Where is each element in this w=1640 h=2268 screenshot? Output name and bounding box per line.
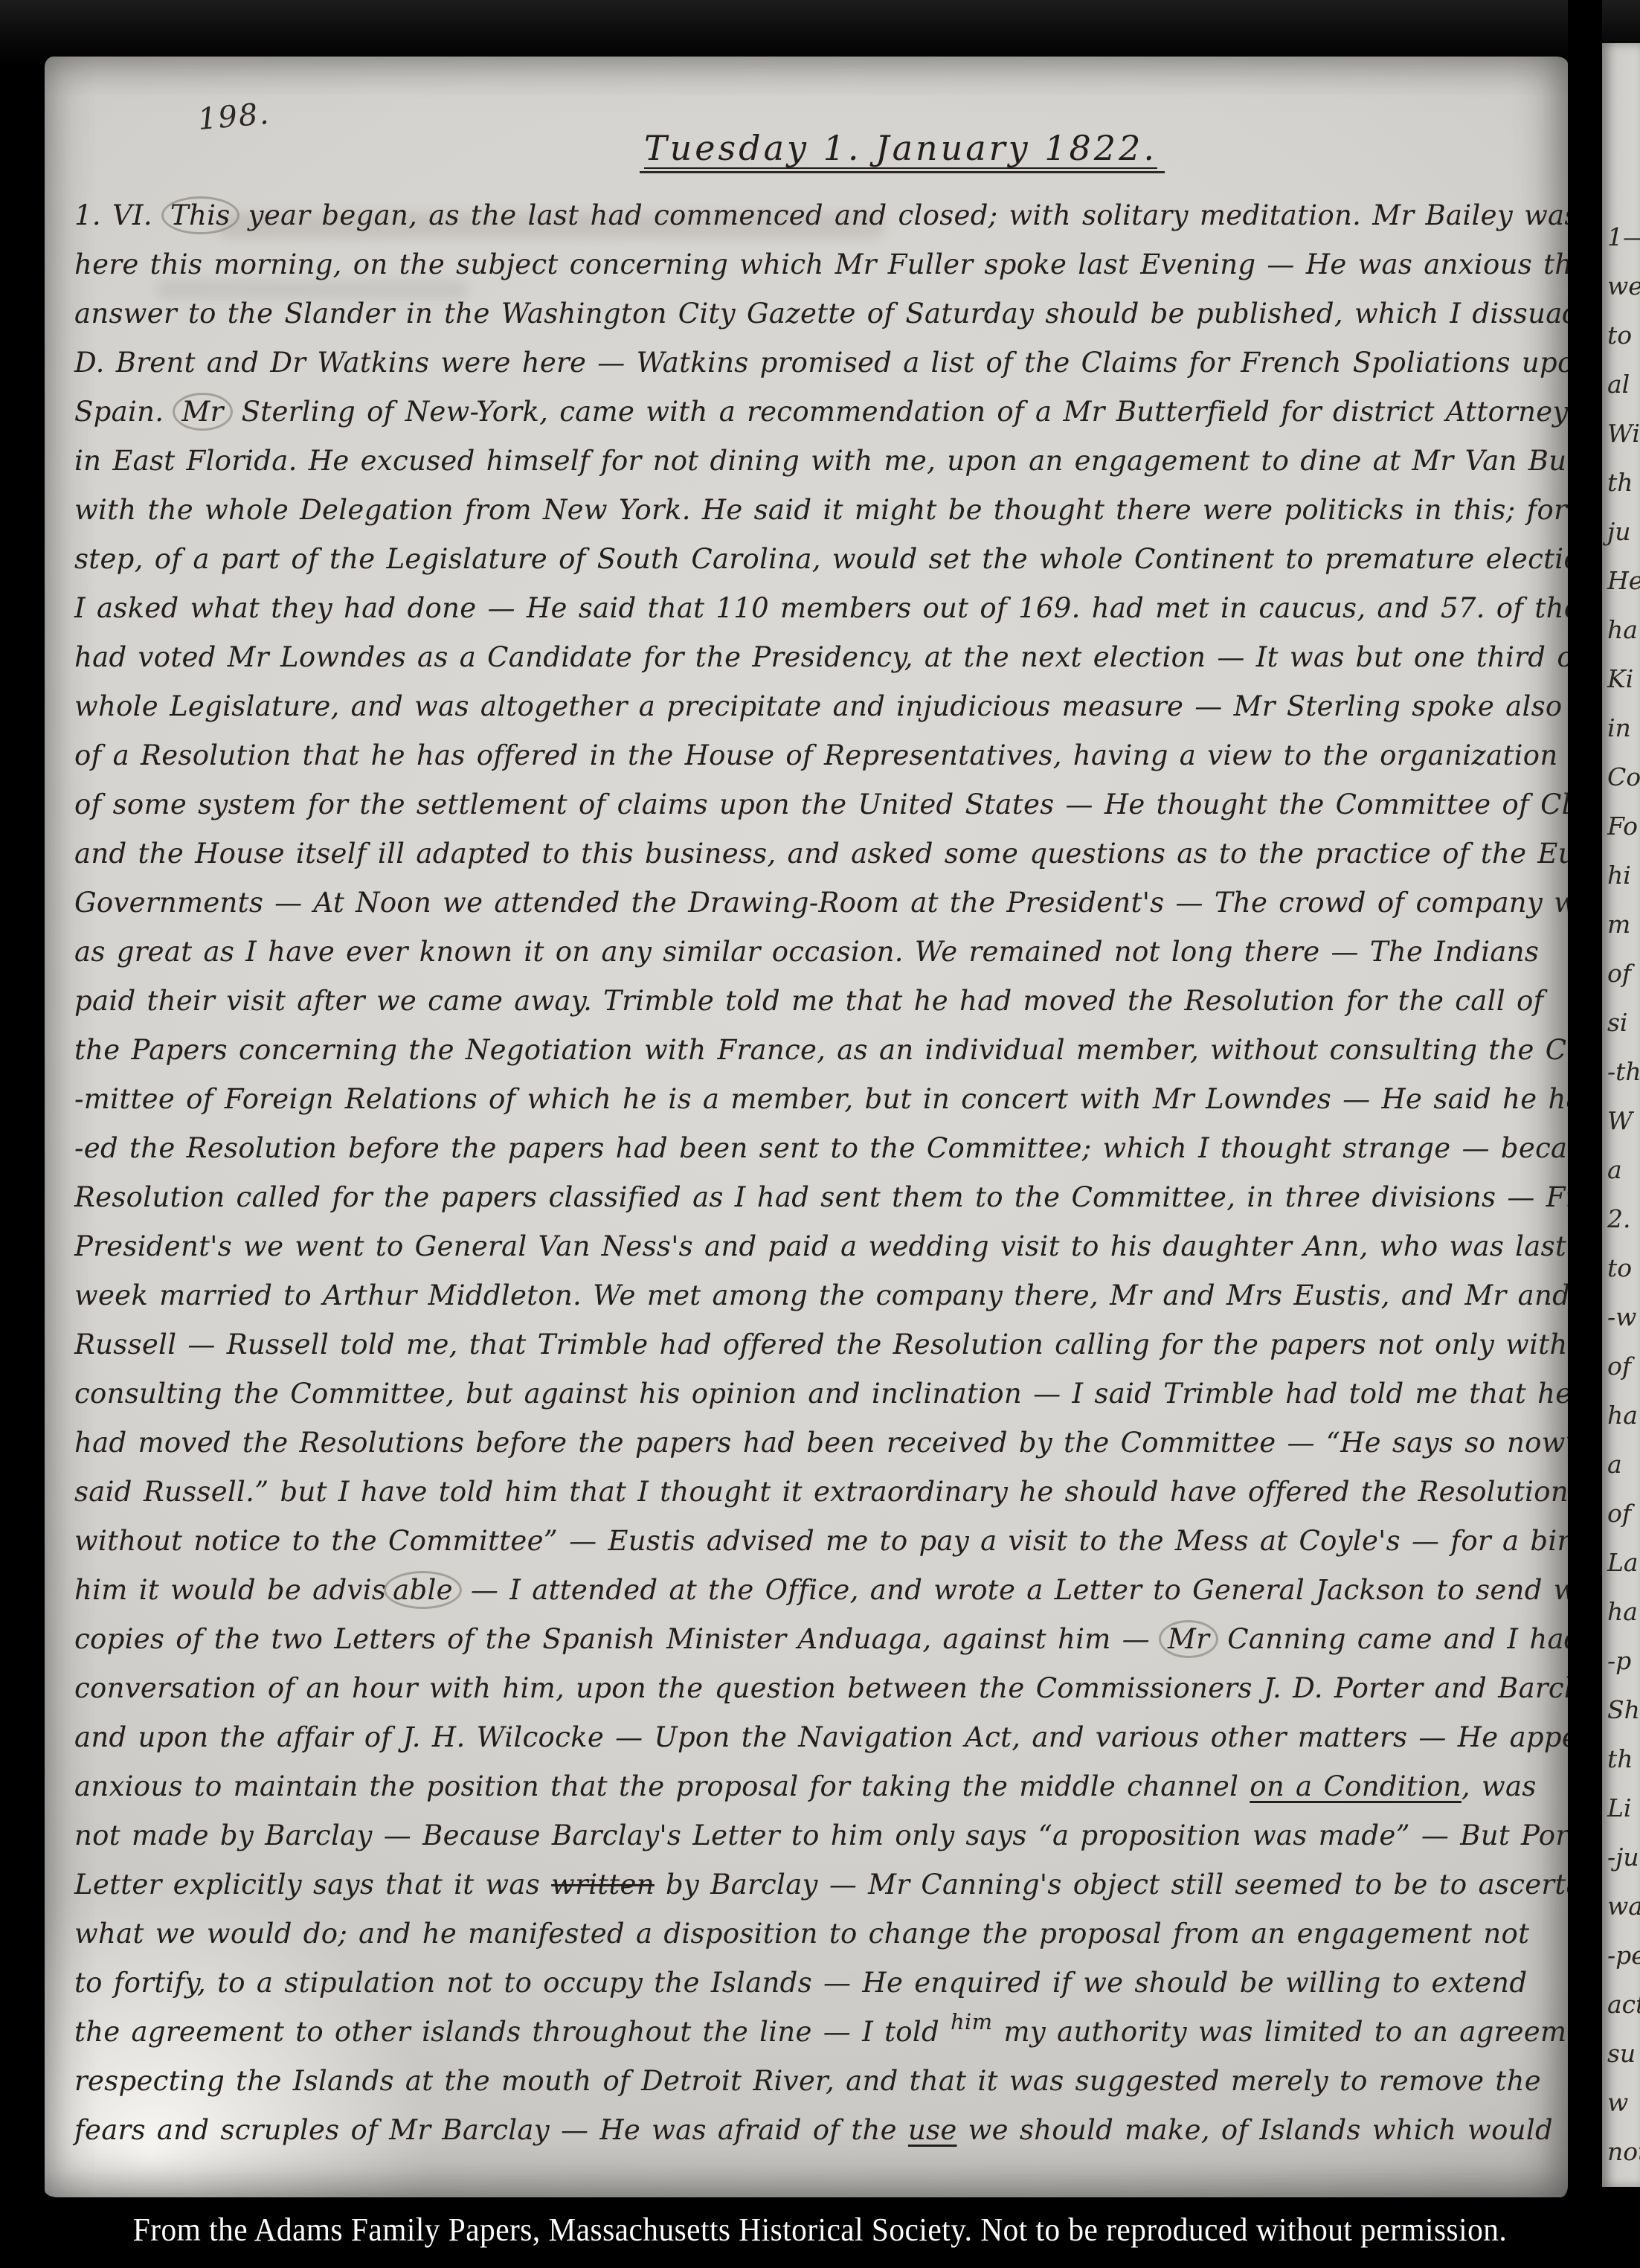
- manuscript-line: of some system for the settlement of cla…: [74, 780, 1557, 829]
- cut-off-text-fragment: th: [1602, 458, 1640, 507]
- manuscript-line: in East Florida. He excused himself for …: [74, 437, 1557, 486]
- page-gutter: [1568, 0, 1602, 2268]
- text-segment: Letter explicitly says that it was: [74, 1869, 551, 1901]
- inserted-word: him: [951, 1997, 992, 2046]
- cut-off-text-fragment: we: [1602, 262, 1640, 311]
- manuscript-text-block: 1. VI. This year began, as the last had …: [74, 191, 1557, 2155]
- cut-off-text-fragment: in: [1602, 704, 1640, 753]
- cut-off-text-fragment: 1—: [1602, 213, 1640, 262]
- text-segment: had voted Mr Lowndes as a Candidate for …: [74, 641, 1640, 673]
- cut-off-text-fragment: of: [1602, 1342, 1640, 1391]
- text-segment: whole Legislature, and was altogether a …: [74, 690, 1562, 722]
- cut-off-text-fragment: acti: [1602, 1980, 1640, 2029]
- text-segment: with the whole Delegation from New York.…: [74, 494, 1640, 526]
- cut-off-text-fragment: of: [1602, 1489, 1640, 1538]
- manuscript-line: with the whole Delegation from New York.…: [74, 486, 1557, 535]
- struck-word: written: [551, 1869, 655, 1901]
- manuscript-line: the Papers concerning the Negotiation wi…: [74, 1026, 1557, 1075]
- cut-off-text-fragment: w: [1602, 2078, 1640, 2127]
- cut-off-text-fragment: ju: [1602, 507, 1640, 556]
- cut-off-text-fragment: 2.: [1602, 1195, 1640, 1244]
- text-segment: of some system for the settlement of cla…: [74, 788, 1637, 820]
- text-segment: D. Brent and Dr Watkins were here — Watk…: [74, 347, 1640, 379]
- text-segment: paid their visit after we came away. Tri…: [74, 985, 1544, 1017]
- text-segment: had moved the Resolutions before the pap…: [74, 1427, 1580, 1459]
- cut-off-text-fragment: La: [1602, 1538, 1640, 1587]
- text-segment: step, of a part of the Legislature of So…: [74, 543, 1640, 575]
- text-segment: fears and scruples of Mr Barclay — He wa…: [74, 2114, 908, 2146]
- pencil-circled-word: able: [386, 1573, 460, 1607]
- manuscript-line: conversation of an hour with him, upon t…: [74, 1664, 1557, 1713]
- text-segment: what we would do; and he manifested a di…: [74, 1918, 1529, 1950]
- underlined-phrase: on a Condition: [1250, 1770, 1461, 1802]
- text-segment: Resolution called for the papers classif…: [74, 1181, 1640, 1213]
- archive-credit-caption: From the Adams Family Papers, Massachuse…: [49, 2211, 1591, 2249]
- text-segment: conversation of an hour with him, upon t…: [74, 1672, 1606, 1704]
- manuscript-line: copies of the two Letters of the Spanish…: [74, 1615, 1557, 1664]
- manuscript-line: Russell — Russell told me, that Trimble …: [74, 1320, 1557, 1369]
- manuscript-line: the agreement to other islands throughou…: [74, 2008, 1557, 2057]
- cut-off-text-fragment: ha: [1602, 1391, 1640, 1440]
- cut-off-text-fragment: -pe: [1602, 1931, 1640, 1980]
- text-segment: consulting the Committee, but against hi…: [74, 1378, 1572, 1410]
- text-segment: as great as I have ever known it on any …: [74, 936, 1539, 968]
- pencil-circled-word: Mr: [175, 395, 230, 428]
- manuscript-line: paid their visit after we came away. Tri…: [74, 977, 1557, 1026]
- manuscript-line: anxious to maintain the position that th…: [74, 1762, 1557, 1811]
- manuscript-line: and upon the affair of J. H. Wilcocke — …: [74, 1713, 1557, 1762]
- text-segment: said Russell.” but I have told him that …: [74, 1476, 1569, 1508]
- facing-page-sliver: 1—wetoalWithjuHehaKiinCoFohimofsi-thWa2.…: [1602, 43, 1640, 2187]
- manuscript-line: whole Legislature, and was altogether a …: [74, 682, 1557, 731]
- manuscript-line: here this morning, on the subject concer…: [74, 240, 1557, 289]
- cut-off-text-fragment: not: [1602, 2127, 1640, 2177]
- cut-off-text-fragment: -ju: [1602, 1833, 1640, 1882]
- manuscript-line: 1. VI. This year began, as the last had …: [74, 191, 1557, 240]
- text-segment: the agreement to other islands throughou…: [74, 2016, 951, 2048]
- text-segment: my authority was limited to an agreement: [992, 2016, 1612, 2048]
- text-segment: here this morning, on the subject concer…: [74, 248, 1640, 280]
- text-segment: year began, as the last had commenced an…: [237, 199, 1579, 231]
- text-segment: Canning came and I had a: [1216, 1623, 1610, 1655]
- cut-off-text-fragment: He: [1602, 556, 1640, 605]
- facing-page-text-fragments: 1—wetoalWithjuHehaKiinCoFohimofsi-thWa2.…: [1602, 43, 1640, 2177]
- cut-off-text-fragment: of: [1602, 949, 1640, 998]
- manuscript-line: Spain. Mr Sterling of New-York, came wit…: [74, 388, 1557, 437]
- cut-off-text-fragment: al: [1602, 360, 1640, 409]
- text-segment: the Papers concerning the Negotiation wi…: [74, 1034, 1619, 1066]
- cut-off-text-fragment: to: [1602, 1244, 1640, 1293]
- text-segment: -ed the Resolution before the papers had…: [74, 1132, 1640, 1164]
- diary-entry-date-heading: Tuesday 1. January 1822.: [640, 128, 1165, 173]
- text-segment: by Barclay — Mr Canning's object still s…: [655, 1869, 1610, 1901]
- cut-off-text-fragment: Co: [1602, 753, 1640, 802]
- manuscript-line: said Russell.” but I have told him that …: [74, 1468, 1557, 1517]
- text-segment: 1. VI.: [74, 199, 164, 231]
- manuscript-line: Letter explicitly says that it was writt…: [74, 1860, 1557, 1909]
- text-segment: Spain.: [74, 396, 175, 428]
- text-segment: answer to the Slander in the Washington …: [74, 298, 1640, 330]
- text-segment: and the House itself ill adapted to this…: [74, 838, 1640, 870]
- manuscript-line: week married to Arthur Middleton. We met…: [74, 1271, 1557, 1320]
- text-segment: Governments — At Noon we attended the Dr…: [74, 887, 1609, 919]
- cut-off-text-fragment: hi: [1602, 851, 1640, 900]
- text-segment: I asked what they had done — He said tha…: [74, 592, 1607, 624]
- text-segment: not made by Barclay — Because Barclay's …: [74, 1819, 1632, 1851]
- manuscript-line: to fortify, to a stipulation not to occu…: [74, 1959, 1557, 2008]
- cut-off-text-fragment: Wi: [1602, 409, 1640, 458]
- cut-off-text-fragment: ha: [1602, 605, 1640, 655]
- manuscript-line: without notice to the Committee” — Eusti…: [74, 1517, 1557, 1566]
- manuscript-line: as great as I have ever known it on any …: [74, 928, 1557, 977]
- manuscript-line: of a Resolution that he has offered in t…: [74, 731, 1557, 780]
- manuscript-line: -ed the Resolution before the papers had…: [74, 1124, 1557, 1173]
- manuscript-line: had voted Mr Lowndes as a Candidate for …: [74, 633, 1557, 682]
- text-segment: Sterling of New-York, came with a recomm…: [231, 396, 1569, 428]
- cut-off-text-fragment: -th: [1602, 1047, 1640, 1096]
- cut-off-text-fragment: -p: [1602, 1636, 1640, 1686]
- text-segment: of a Resolution that he has offered in t…: [74, 739, 1558, 771]
- scanned-diary-photostat: 198. Tuesday 1. January 1822. 1. VI. Thi…: [0, 0, 1640, 2268]
- cut-off-text-fragment: m: [1602, 900, 1640, 949]
- text-segment: and upon the affair of J. H. Wilcocke — …: [74, 1721, 1640, 1753]
- page-number: 198.: [196, 97, 271, 137]
- manuscript-line: not made by Barclay — Because Barclay's …: [74, 1811, 1557, 1860]
- manuscript-line: President's we went to General Van Ness'…: [74, 1222, 1557, 1271]
- cut-off-text-fragment: W: [1602, 1096, 1640, 1146]
- manuscript-line: had moved the Resolutions before the pap…: [74, 1419, 1557, 1468]
- cut-off-text-fragment: a: [1602, 1440, 1640, 1489]
- cut-off-text-fragment: Li: [1602, 1784, 1640, 1833]
- manuscript-line: I asked what they had done — He said tha…: [74, 584, 1557, 633]
- manuscript-line: Resolution called for the papers classif…: [74, 1173, 1557, 1222]
- cut-off-text-fragment: -w: [1602, 1293, 1640, 1342]
- pencil-circled-word: Mr: [1161, 1622, 1216, 1656]
- text-segment: to fortify, to a stipulation not to occu…: [74, 1967, 1527, 1999]
- manuscript-line: D. Brent and Dr Watkins were here — Watk…: [74, 338, 1557, 388]
- cut-off-text-fragment: si: [1602, 998, 1640, 1047]
- pencil-circled-word: This: [164, 199, 237, 232]
- text-segment: anxious to maintain the position that th…: [74, 1770, 1250, 1802]
- text-segment: without notice to the Committee” — Eusti…: [74, 1525, 1640, 1557]
- cut-off-text-fragment: ha: [1602, 1587, 1640, 1636]
- manuscript-line: and the House itself ill adapted to this…: [74, 829, 1557, 878]
- text-segment: we should make, of Islands which would: [957, 2114, 1553, 2146]
- manuscript-page: 198. Tuesday 1. January 1822. 1. VI. Thi…: [45, 57, 1568, 2197]
- manuscript-line: fears and scruples of Mr Barclay — He wa…: [74, 2106, 1557, 2155]
- text-segment: , was: [1461, 1770, 1537, 1802]
- cut-off-text-fragment: Sh: [1602, 1686, 1640, 1735]
- cut-off-text-fragment: su: [1602, 2029, 1640, 2078]
- text-segment: copies of the two Letters of the Spanish…: [74, 1623, 1161, 1655]
- text-segment: Russell — Russell told me, that Trimble …: [74, 1329, 1613, 1361]
- manuscript-line: him it would be advisable — I attended a…: [74, 1566, 1557, 1615]
- text-segment: President's we went to General Van Ness'…: [74, 1230, 1566, 1262]
- manuscript-line: -mittee of Foreign Relations of which he…: [74, 1075, 1557, 1124]
- underlined-phrase: use: [908, 2114, 957, 2146]
- text-segment: him it would be advis: [74, 1574, 386, 1606]
- manuscript-line: what we would do; and he manifested a di…: [74, 1909, 1557, 1959]
- manuscript-line: Governments — At Noon we attended the Dr…: [74, 878, 1557, 928]
- manuscript-line: step, of a part of the Legislature of So…: [74, 535, 1557, 584]
- manuscript-line: answer to the Slander in the Washington …: [74, 289, 1557, 338]
- text-segment: -mittee of Foreign Relations of which he…: [74, 1083, 1640, 1115]
- manuscript-line: respecting the Islands at the mouth of D…: [74, 2057, 1557, 2106]
- cut-off-text-fragment: a: [1602, 1146, 1640, 1195]
- manuscript-line: consulting the Committee, but against hi…: [74, 1369, 1557, 1419]
- text-segment: — I attended at the Office, and wrote a …: [460, 1574, 1615, 1606]
- text-segment: week married to Arthur Middleton. We met…: [74, 1279, 1638, 1311]
- cut-off-text-fragment: Ki: [1602, 655, 1640, 704]
- cut-off-text-fragment: wa: [1602, 1882, 1640, 1931]
- cut-off-text-fragment: th: [1602, 1735, 1640, 1784]
- text-segment: respecting the Islands at the mouth of D…: [74, 2065, 1541, 2097]
- cut-off-text-fragment: Fo: [1602, 802, 1640, 851]
- cut-off-text-fragment: to: [1602, 311, 1640, 360]
- text-segment: in East Florida. He excused himself for …: [74, 445, 1640, 477]
